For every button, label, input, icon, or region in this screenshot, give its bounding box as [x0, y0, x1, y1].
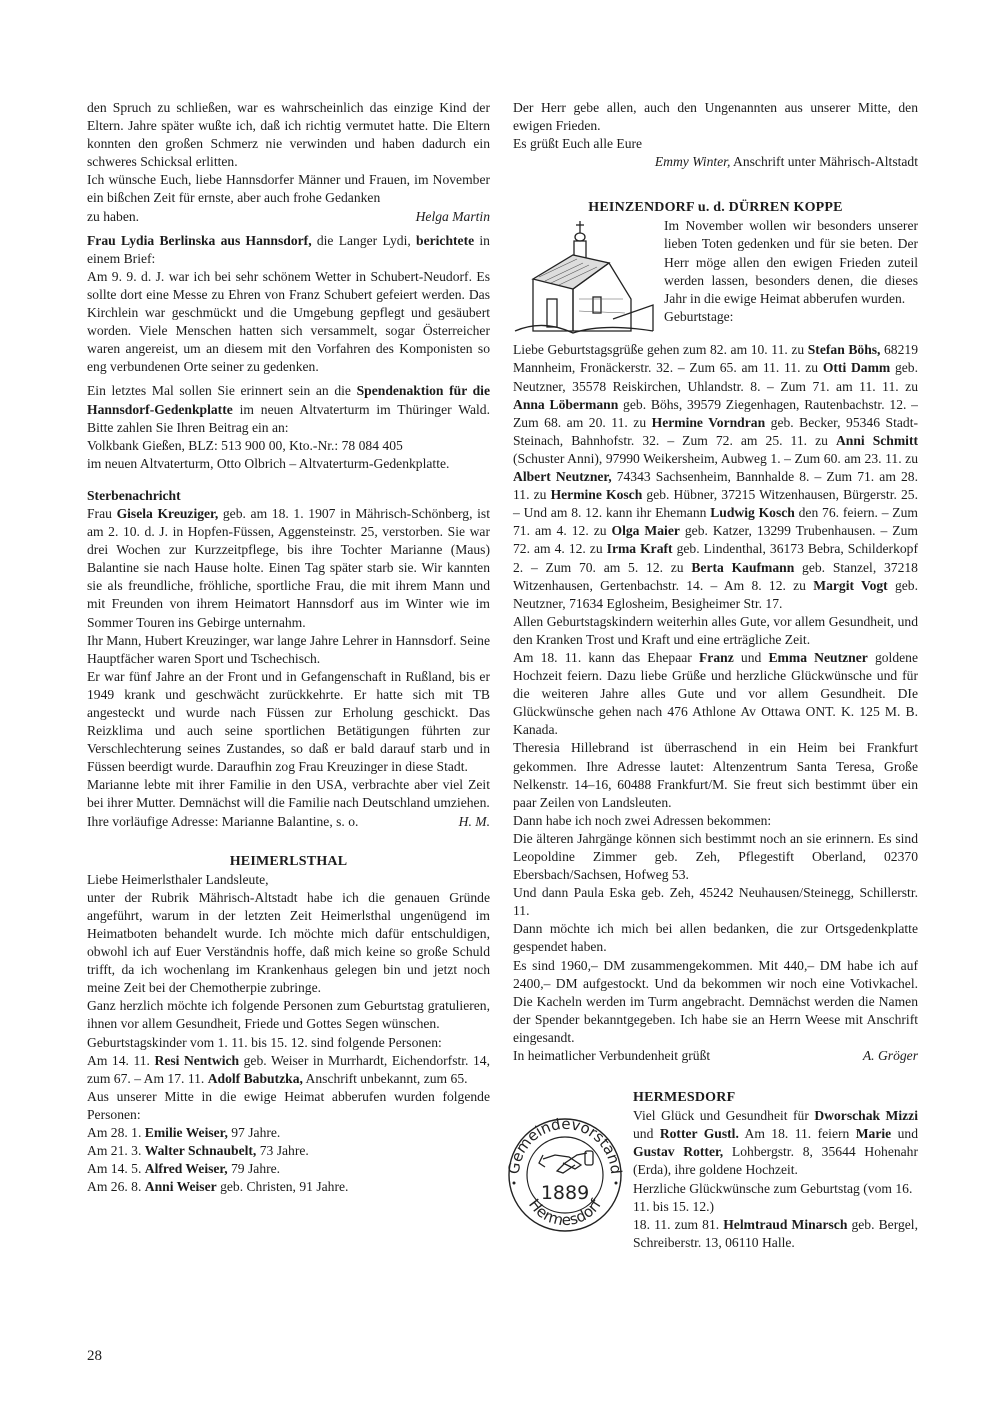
birthday-paragraph: Am 14. 11. Resi Nentwich geb. Weiser in …	[87, 1052, 490, 1088]
death-list-item: Am 28. 1. Emilie Weiser, 97 Jahre.	[87, 1124, 490, 1142]
svg-text:Gemeindevorstand: Gemeindevorstand	[505, 1115, 623, 1175]
death-list-item: Am 26. 8. Anni Weiser geb. Christen, 91 …	[87, 1178, 490, 1196]
death-list-item: Am 14. 5. Alfred Weiser, 79 Jahre.	[87, 1160, 490, 1178]
paragraph: Es grüßt Euch alle Eure	[513, 135, 918, 153]
paragraph: den Spruch zu schließen, war es wahrsche…	[87, 99, 490, 171]
author-signature: Helga Martin	[416, 208, 490, 226]
section-heading-heimerlsthal: HEIMERLSTHAL	[87, 853, 490, 871]
bank-details: Volkbank Gießen, BLZ: 513 900 00, Kto.-N…	[87, 437, 490, 455]
paragraph: Es sind 1960,– DM zusammengekommen. Mit …	[513, 957, 918, 1047]
paragraph: Ihr Mann, Hubert Kreuzinger, war lange J…	[87, 632, 490, 668]
author-signature: Emmy Winter,	[655, 154, 731, 169]
death-list-item: Am 21. 3. Walter Schnaubelt, 73 Jahre.	[87, 1142, 490, 1160]
stamp-seal-icon: Gemeindevorstand Hermesdorf 1889	[505, 1089, 623, 1249]
paragraph: Theresia Hillebrand ist überraschend in …	[513, 739, 918, 811]
page-number: 28	[87, 1348, 102, 1365]
paragraph: Und dann Paula Eska geb. Zeh, 45242 Neuh…	[513, 884, 918, 920]
birthday-paragraph: Liebe Geburtstagsgrüße gehen zum 82. am …	[513, 341, 918, 612]
paragraph: Er war fünf Jahre an der Front und in Ge…	[87, 668, 490, 777]
paragraph: Der Herr gebe allen, auch den Ungenannte…	[513, 99, 918, 135]
left-column: den Spruch zu schließen, war es wahrsche…	[87, 99, 490, 1196]
svg-text:1889: 1889	[541, 1182, 589, 1204]
paragraph: Dann habe ich noch zwei Adressen bekomme…	[513, 812, 918, 830]
paragraph: Ich wünsche Euch, liebe Hannsdorfer Männ…	[87, 171, 490, 207]
paragraph: Allen Geburtstagskindern weiterhin alles…	[513, 613, 918, 649]
signature-line: Emmy Winter, Anschrift unter Mährisch-Al…	[513, 153, 918, 171]
signature-line: Ihre vorläufige Adresse: Marianne Balant…	[87, 813, 490, 831]
right-column: Der Herr gebe allen, auch den Ungenannte…	[513, 99, 918, 1252]
paragraph: Die älteren Jahrgänge können sich bestim…	[513, 830, 918, 884]
paragraph: unter der Rubrik Mährisch-Altstadt habe …	[87, 889, 490, 998]
signature-line: zu haben. Helga Martin	[87, 208, 490, 226]
wedding-paragraph: Am 18. 11. kann das Ehepaar Franz und Em…	[513, 649, 918, 739]
donation-paragraph: Ein letztes Mal sollen Sie erinnert sein…	[87, 382, 490, 436]
death-paragraph: Frau Gisela Kreuziger, geb. am 18. 1. 19…	[87, 505, 490, 632]
greeting: Liebe Heimerlsthaler Landsleute,	[87, 871, 490, 889]
section-heading-death-notice: Sterbenachricht	[87, 487, 490, 505]
bank-details-2: im neuen Altvaterturm, Otto Olbrich – Al…	[87, 455, 490, 473]
church-illustration-icon	[513, 219, 658, 341]
paragraph: Aus unserer Mitte in die ewige Heimat ab…	[87, 1088, 490, 1124]
paragraph: Dann möchte ich mich bei allen bedanken,…	[513, 920, 918, 956]
paragraph: Am 9. 9. d. J. war ich bei sehr schönem …	[87, 268, 490, 377]
paragraph: Ganz herzlich möchte ich folgende Person…	[87, 997, 490, 1033]
signature-line: In heimatlicher Verbundenheit grüßt A. G…	[513, 1047, 918, 1065]
section-heading-heinzendorf: HEINZENDORF u. d. DÜRREN KOPPE	[513, 199, 918, 217]
author-signature: A. Gröger	[863, 1047, 918, 1065]
paragraph: Geburtstagskinder vom 1. 11. bis 15. 12.…	[87, 1034, 490, 1052]
author-signature: H. M.	[459, 813, 490, 831]
berlinska-paragraph: Frau Lydia Berlinska aus Hannsdorf, die …	[87, 232, 490, 268]
hermesdorf-section: Gemeindevorstand Hermesdorf 1889 HERMESD…	[513, 1089, 918, 1252]
paragraph: Marianne lebte mit ihrer Familie in den …	[87, 776, 490, 812]
